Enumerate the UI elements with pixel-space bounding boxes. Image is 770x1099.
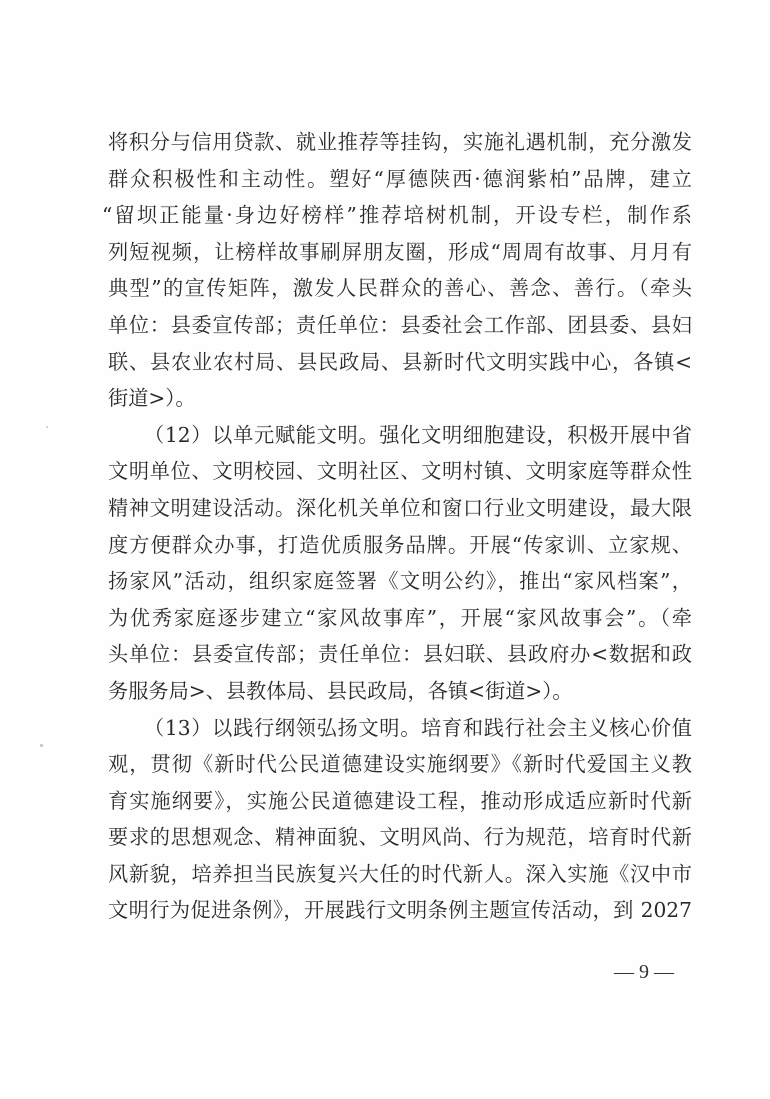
document-page: 将积分与信用贷款、就业推荐等挂钩，实施礼遇机制，充分激发 群众积极性和主动性。塑… <box>0 0 770 1099</box>
text-line: 风新貌，培养担当民族复兴大任的时代新人。深入实施《汉中市 <box>108 856 692 893</box>
paragraph-continued: 将积分与信用贷款、就业推荐等挂钩，实施礼遇机制，充分激发 群众积极性和主动性。塑… <box>108 124 692 417</box>
text-line: 典型”的宣传矩阵，激发人民群众的善心、善念、善行。（牵头 <box>108 270 692 307</box>
text-line: 观，贯彻《新时代公民道德建设实施纲要》《新时代爱国主义教 <box>108 746 692 783</box>
text-line: 列短视频，让榜样故事刷屏朋友圈，形成“周周有故事、月月有 <box>108 234 692 271</box>
paragraph-12: （12）以单元赋能文明。强化文明细胞建设，积极开展中省 文明单位、文明校园、文明… <box>108 417 692 710</box>
text-line: 联、县农业农村局、县民政局、县新时代文明实践中心，各镇< <box>108 344 692 381</box>
text-line: 街道>）。 <box>108 380 692 417</box>
scan-speck <box>40 744 43 747</box>
paragraph-13: （13）以践行纲领弘扬文明。培育和践行社会主义核心价值 观，贯彻《新时代公民道德… <box>108 710 692 930</box>
page-number: — 9 — <box>608 958 680 986</box>
text-line: 头单位：县委宣传部；责任单位：县妇联、县政府办<数据和政 <box>108 636 692 673</box>
text-line: 精神文明建设活动。深化机关单位和窗口行业文明建设，最大限 <box>108 490 692 527</box>
paragraph-heading-line: （13）以践行纲领弘扬文明。培育和践行社会主义核心价值 <box>108 710 692 747</box>
text-line: 为优秀家庭逐步建立“家风故事库”，开展“家风故事会”。（牵 <box>108 600 692 637</box>
text-line: “留坝正能量·身边好榜样”推荐培树机制，开设专栏，制作系 <box>102 197 692 234</box>
text-line: 度方便群众办事，打造优质服务品牌。开展“传家训、立家规、 <box>108 527 692 564</box>
text-line: 单位：县委宣传部；责任单位：县委社会工作部、团县委、县妇 <box>108 307 692 344</box>
scan-speck <box>46 426 48 428</box>
text-line: 育实施纲要》，实施公民道德建设工程，推动形成适应新时代新 <box>108 783 692 820</box>
text-line: 文明行为促进条例》，开展践行文明条例主题宣传活动，到 2027 <box>108 892 692 929</box>
paragraph-heading-line: （12）以单元赋能文明。强化文明细胞建设，积极开展中省 <box>108 417 692 454</box>
body-text: 将积分与信用贷款、就业推荐等挂钩，实施礼遇机制，充分激发 群众积极性和主动性。塑… <box>108 124 692 929</box>
text-line: 要求的思想观念、精神面貌、文明风尚、行为规范，培育时代新 <box>108 819 692 856</box>
text-line: 扬家风”活动，组织家庭签署《文明公约》，推出“家风档案”， <box>108 563 692 600</box>
text-line: 文明单位、文明校园、文明社区、文明村镇、文明家庭等群众性 <box>108 453 692 490</box>
text-line: 务服务局>、县教体局、县民政局，各镇<街道>）。 <box>108 673 692 710</box>
text-line: 将积分与信用贷款、就业推荐等挂钩，实施礼遇机制，充分激发 <box>108 124 692 161</box>
text-line: 群众积极性和主动性。塑好“厚德陕西·德润紫柏”品牌，建立 <box>108 161 692 198</box>
